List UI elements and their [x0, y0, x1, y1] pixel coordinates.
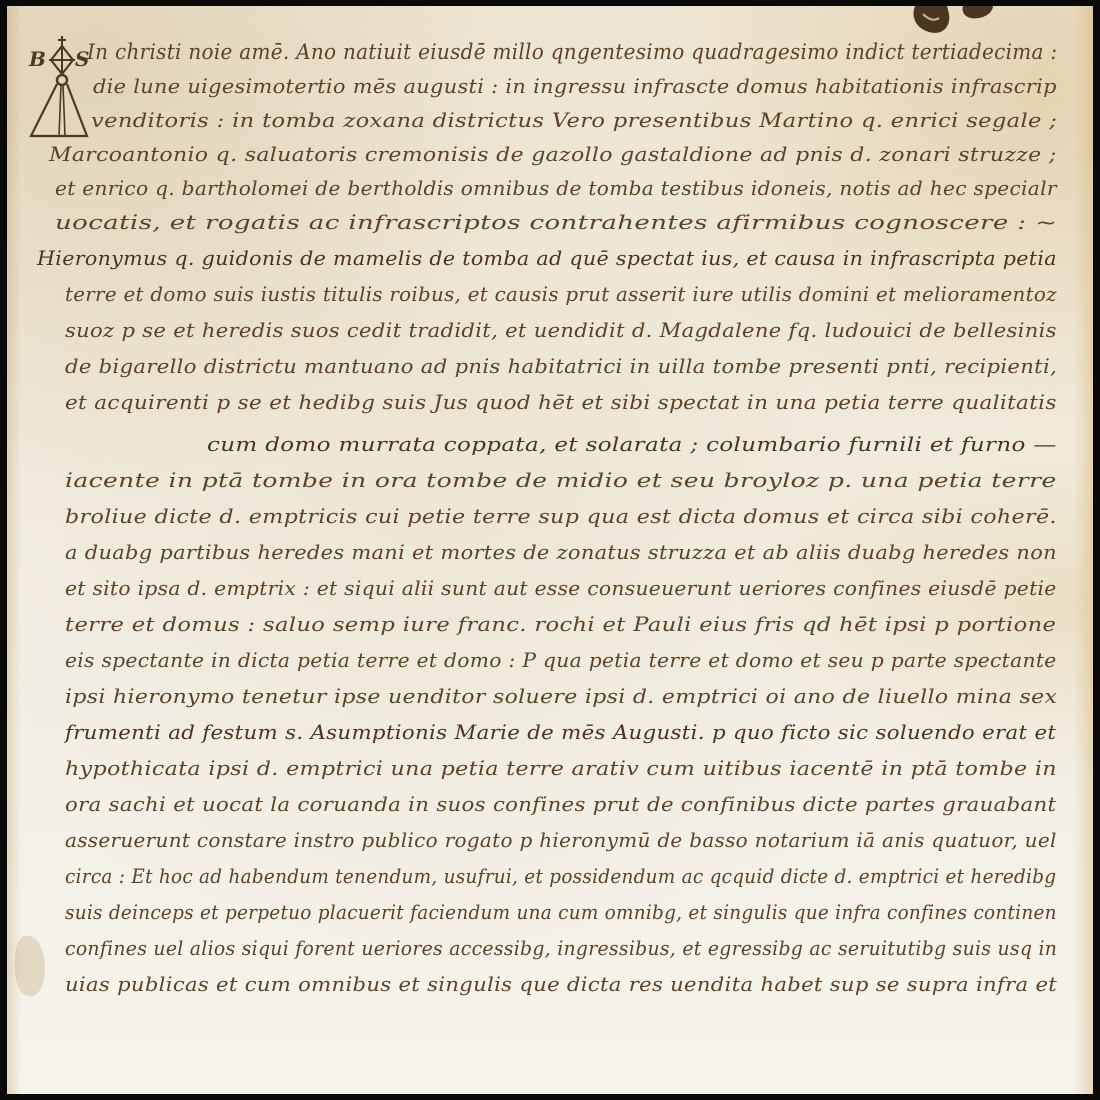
document-frame: B S In christi noie amē. Ano natiuit eiu…	[0, 0, 1100, 1100]
manuscript-line: ora sachi et uocat la coruanda in suos c…	[65, 792, 1056, 816]
manuscript-line: terre et domo suis iustis titulis roibus…	[65, 282, 1057, 306]
manuscript-line: suoz p se et heredis suos cedit tradidit…	[65, 318, 1057, 342]
manuscript-line: ipsi hieronymo tenetur ipse uenditor sol…	[65, 684, 1057, 708]
manuscript-line: suis deinceps et perpetuo placuerit faci…	[65, 900, 1057, 924]
parchment-page: B S In christi noie amē. Ano natiuit eiu…	[7, 6, 1093, 1094]
manuscript-line: uias publicas et cum omnibus et singulis…	[65, 972, 1057, 996]
manuscript-line: frumenti ad festum s. Asumptionis Marie …	[65, 720, 1056, 744]
manuscript-line: terre et domus : saluo semp iure franc. …	[65, 612, 1056, 636]
manuscript-line: die lune uigesimotertio mēs augusti : in…	[93, 74, 1057, 98]
manuscript-line: Marcoantonio q. saluatoris cremonisis de…	[49, 142, 1057, 166]
manuscript-line: In christi noie amē. Ano natiuit eiusdē …	[87, 40, 1057, 64]
manuscript-line: circa : Et hoc ad habendum tenendum, usu…	[65, 864, 1056, 888]
manuscript-line: cum domo murrata coppata, et solarata ; …	[207, 432, 1057, 456]
manuscript-line: Hieronymus q. guidonis de mamelis de tom…	[37, 246, 1057, 270]
manuscript-line: uocatis, et rogatis ac infrascriptos con…	[55, 210, 1057, 234]
manuscript-line: de bigarello districtu mantuano ad pnis …	[65, 354, 1057, 378]
manuscript-text: In christi noie amē. Ano natiuit eiusdē …	[7, 6, 1093, 1094]
manuscript-line: hypothicata ipsi d. emptrici una petia t…	[65, 756, 1057, 780]
manuscript-line: eis spectante in dicta petia terre et do…	[65, 648, 1057, 672]
manuscript-line: a duabg partibus heredes mani et mortes …	[65, 540, 1057, 564]
manuscript-line: et acquirenti p se et hedibg suis Jus qu…	[65, 390, 1057, 414]
manuscript-line: et enrico q. bartholomei de bertholdis o…	[55, 176, 1057, 200]
manuscript-line: confines uel alios siqui forent ueriores…	[65, 936, 1057, 960]
manuscript-line: et sito ipsa d. emptrix : et siqui alii …	[65, 576, 1057, 600]
manuscript-line: iacente in ptā tombe in ora tombe de mid…	[65, 468, 1057, 492]
manuscript-line: venditoris : in tomba zoxana districtus …	[91, 108, 1057, 132]
manuscript-line: broliue dicte d. emptricis cui petie ter…	[65, 504, 1057, 528]
manuscript-line: asseruerunt constare instro publico roga…	[65, 828, 1057, 852]
